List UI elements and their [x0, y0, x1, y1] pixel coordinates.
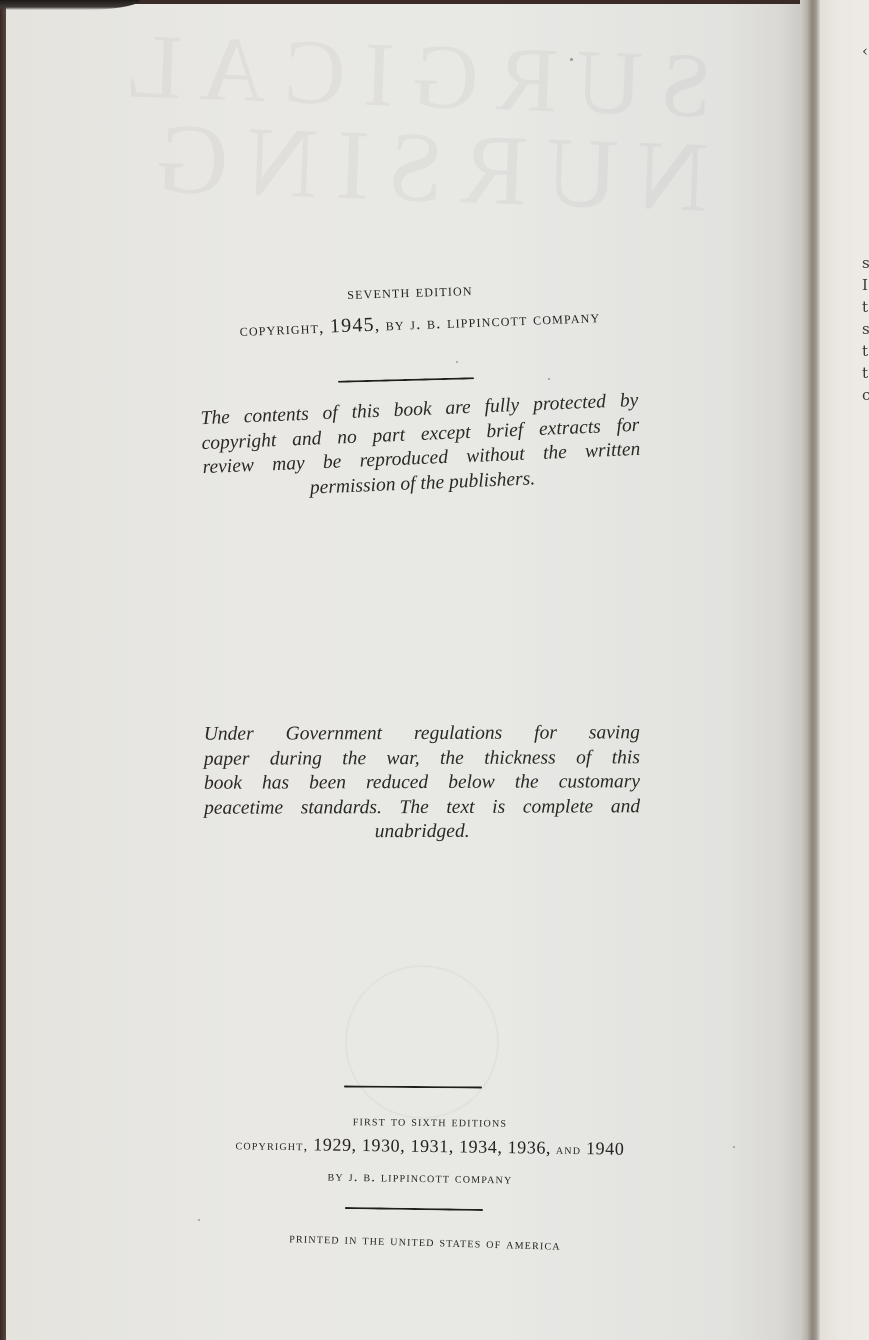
copyright-years: 1929, 1930, 1931, 1934, 1936,: [313, 1134, 551, 1157]
copyright-prefix: COPYRIGHT,: [239, 317, 330, 339]
prior-editions-heading: FIRST TO SIXTH EDITIONS: [240, 1112, 620, 1133]
prior-copyrights-line: COPYRIGHT, 1929, 1930, 1931, 1934, 1936,…: [180, 1133, 680, 1161]
paper-speck: [548, 378, 550, 380]
notice-line: unabridged.: [204, 819, 640, 845]
paper-speck: [733, 1146, 735, 1148]
copyright-prefix: COPYRIGHT,: [235, 1137, 313, 1154]
divider-rule: [344, 1086, 482, 1089]
notice-line: paper during the war, the thickness of t…: [204, 746, 640, 772]
copyright-holder: , BY J. B. LIPPINCOTT COMPANY: [374, 307, 600, 335]
prior-publisher-line: BY J. B. LIPPINCOTT COMPANY: [230, 1167, 610, 1190]
divider-rule: [345, 1207, 483, 1211]
paper-speck: [198, 1219, 200, 1221]
last-copyright-year: 1940: [586, 1138, 625, 1159]
notice-line: book has been reduced below the customar…: [204, 770, 640, 796]
book-photo: ‹ s I t s t t c SURGICAL NURSING SEVENTH…: [0, 0, 869, 1340]
edition-label: SEVENTH EDITION: [200, 275, 620, 308]
copyright-year: 1945: [330, 314, 376, 338]
paper-speck: [570, 58, 573, 61]
current-copyright-line: COPYRIGHT, 1945, BY J. B. LIPPINCOTT COM…: [170, 302, 671, 344]
notice-line: peacetime standards. The text is complet…: [204, 795, 640, 821]
divider-rule: [338, 377, 474, 383]
page-content: SEVENTH EDITION COPYRIGHT, 1945, BY J. B…: [0, 0, 869, 1340]
wartime-paper-notice: Under Government regulations for saving …: [204, 721, 640, 845]
paper-speck: [456, 361, 458, 363]
notice-line: Under Government regulations for saving: [204, 721, 640, 747]
printed-in-line: PRINTED IN THE UNITED STATES OF AMERICA: [200, 1228, 650, 1258]
protection-notice: The contents of this book are fully prot…: [200, 389, 642, 505]
and-word: AND: [551, 1142, 586, 1158]
